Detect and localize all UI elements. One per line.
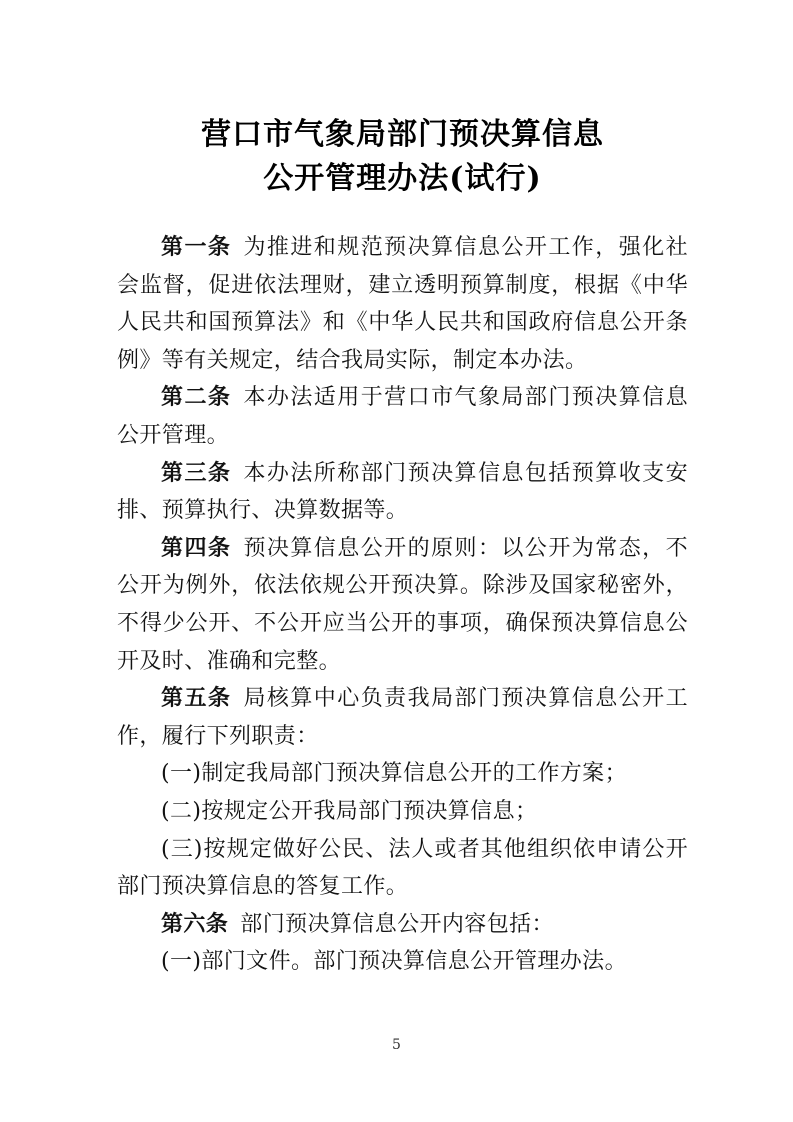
article-label: 第四条 bbox=[161, 535, 231, 561]
article-label: 第五条 bbox=[161, 685, 231, 711]
page-number: 5 bbox=[392, 1037, 401, 1053]
paragraph: (二)按规定公开我局部门预决算信息； bbox=[117, 793, 688, 831]
paragraph: 第六条部门预决算信息公开内容包括： bbox=[117, 906, 688, 944]
paragraph-text: (二)按规定公开我局部门预决算信息； bbox=[161, 799, 537, 824]
paragraph: 第一条为推进和规范预决算信息公开工作，强化社会监督，促进依法理财，建立透明预算制… bbox=[117, 229, 688, 379]
article-label: 第一条 bbox=[161, 234, 231, 260]
paragraph: 第四条预决算信息公开的原则：以公开为常态，不公开为例外，依法依规公开预决算。除涉… bbox=[117, 530, 688, 680]
paragraph: 第三条本办法所称部门预决算信息包括预算收支安排、预算执行、决算数据等。 bbox=[117, 455, 688, 530]
paragraph-text: (三)按规定做好公民、法人或者其他组织依申请公开部门预决算信息的答复工作。 bbox=[117, 837, 688, 900]
document-page: 营口市气象局部门预决算信息 公开管理办法(试行) 第一条为推进和规范预决算信息公… bbox=[0, 0, 793, 1122]
document-title-line-1: 营口市气象局部门预决算信息 bbox=[117, 113, 688, 157]
article-label: 第三条 bbox=[161, 460, 231, 486]
paragraph: (一)制定我局部门预决算信息公开的工作方案； bbox=[117, 755, 688, 793]
document-body: 第一条为推进和规范预决算信息公开工作，强化社会监督，促进依法理财，建立透明预算制… bbox=[117, 229, 688, 981]
paragraph-text: 部门预决算信息公开内容包括： bbox=[240, 912, 554, 937]
article-label: 第六条 bbox=[161, 911, 228, 937]
paragraph: (三)按规定做好公民、法人或者其他组织依申请公开部门预决算信息的答复工作。 bbox=[117, 831, 688, 906]
paragraph: 第五条局核算中心负责我局部门预决算信息公开工作，履行下列职责： bbox=[117, 680, 688, 755]
paragraph-text: (一)制定我局部门预决算信息公开的工作方案； bbox=[161, 761, 627, 786]
paragraph-text: (一)部门文件。部门预决算信息公开管理办法。 bbox=[161, 949, 627, 974]
document-title-line-2: 公开管理办法(试行) bbox=[117, 157, 688, 201]
paragraph: 第二条本办法适用于营口市气象局部门预决算信息公开管理。 bbox=[117, 379, 688, 454]
document-title: 营口市气象局部门预决算信息 公开管理办法(试行) bbox=[117, 113, 688, 201]
paragraph: (一)部门文件。部门预决算信息公开管理办法。 bbox=[117, 943, 688, 981]
article-label: 第二条 bbox=[161, 384, 231, 410]
document-content: 营口市气象局部门预决算信息 公开管理办法(试行) 第一条为推进和规范预决算信息公… bbox=[117, 113, 688, 981]
page-footer: 5 bbox=[0, 1036, 793, 1054]
